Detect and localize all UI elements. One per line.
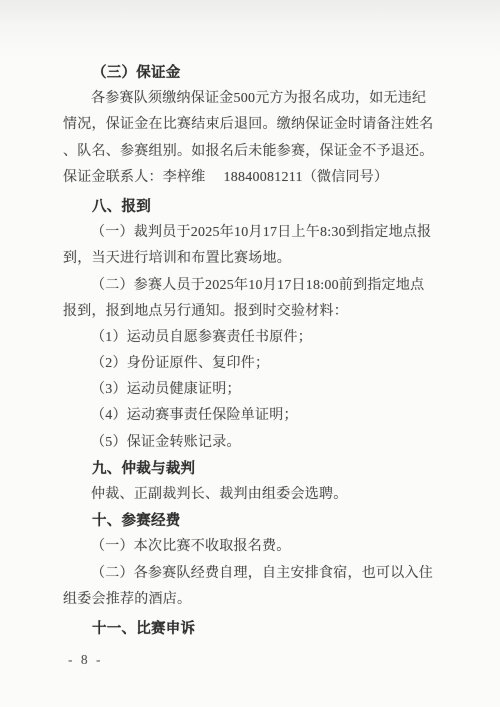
- section-heading: 十一、比赛申诉: [63, 616, 439, 642]
- text-line: 报到，报到地点另行通知。报到时交验材料：: [63, 299, 439, 325]
- text-line: 、队名、参赛组别。如报名后未能参赛，保证金不予退还。: [63, 139, 439, 165]
- text-line: （一）裁判员于2025年10月17日上午8:30到指定地点报: [63, 220, 439, 246]
- text-line: 保证金联系人：李梓维 18840081211（微信同号）: [63, 165, 439, 191]
- text-line: （2）身份证原件、复印件；: [63, 351, 439, 377]
- text-line: （二）参赛人员于2025年10月17日18:00前到指定地点: [63, 273, 439, 299]
- text-line: 仲裁、正副裁判长、裁判由组委会选聘。: [63, 482, 439, 508]
- section-heading: 十、参赛经费: [63, 508, 439, 534]
- page-number: - 8 -: [68, 652, 103, 668]
- text-line: （二）各参赛队经费自理，自主安排食宿，也可以入住: [63, 561, 439, 587]
- text-line: 情况，保证金在比赛结束后退回。缴纳保证金时请备注姓名: [63, 112, 439, 138]
- text-line: （3）运动员健康证明；: [63, 377, 439, 403]
- text-line: 到，当天进行培训和布置比赛场地。: [63, 246, 439, 272]
- text-line: 组委会推荐的酒店。: [63, 587, 439, 613]
- document-body: （三）保证金各参赛队须缴纳保证金500元方为报名成功，如无违纪情况，保证金在比赛…: [63, 60, 439, 642]
- text-line: 各参赛队须缴纳保证金500元方为报名成功，如无违纪: [63, 86, 439, 112]
- text-line: （一）本次比赛不收取报名费。: [63, 534, 439, 560]
- section-heading: 八、报到: [63, 194, 439, 220]
- section-heading: （三）保证金: [63, 60, 439, 86]
- section-heading: 九、仲裁与裁判: [63, 456, 439, 482]
- text-line: （4）运动赛事责任保险单证明；: [63, 403, 439, 429]
- document-page: （三）保证金各参赛队须缴纳保证金500元方为报名成功，如无违纪情况，保证金在比赛…: [0, 0, 500, 707]
- text-line: （1）运动员自愿参赛责任书原件；: [63, 325, 439, 351]
- text-line: （5）保证金转账记录。: [63, 430, 439, 456]
